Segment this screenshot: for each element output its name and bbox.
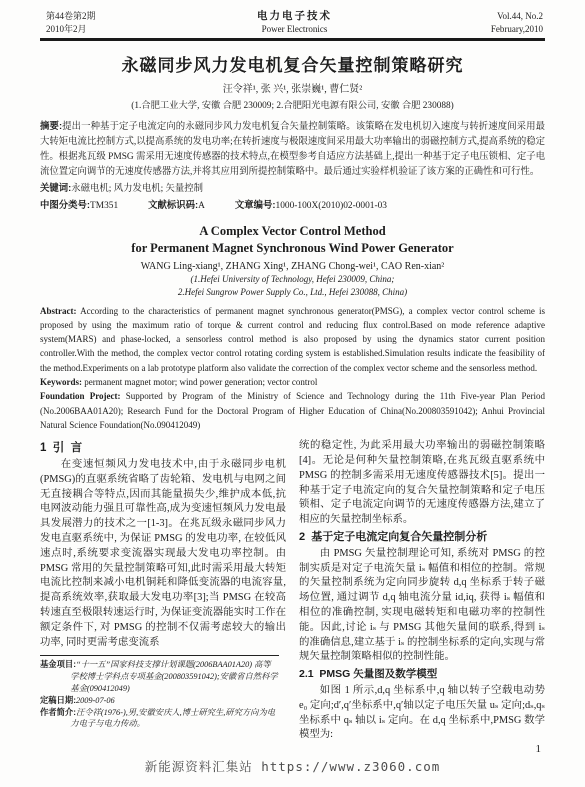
section-2-1-heading: 2.1 PMSG 矢量图及数学模型 xyxy=(299,667,545,682)
title-en-line1: A Complex Vector Control Method xyxy=(40,223,545,240)
abstract-en: Abstract: According to the characteristi… xyxy=(40,304,545,375)
page-title: 永磁同步风力发电机复合矢量控制策略研究 xyxy=(40,51,545,76)
journal-name-cn: 电力电子技术 xyxy=(166,10,423,23)
article-meta-line: 中图分类号:TM351 文献标识码:A 文章编号:1000-100X(2010)… xyxy=(40,197,545,214)
abstract-cn-text: 提出一种基于定子电流定向的永磁同步风力发电机复合矢量控制策略。该策略在发电机切入… xyxy=(40,122,545,177)
keywords-cn-text: 永磁电机; 风力发电机; 矢量控制 xyxy=(71,184,203,194)
journal-header: 第44卷第2期 2010年2月 电力电子技术 Power Electronics… xyxy=(40,10,545,35)
title-en-line2: for Permanent Magnet Synchronous Wind Po… xyxy=(40,240,545,257)
document-code: 文献标识码:A xyxy=(148,197,205,214)
section-2-heading: 2 基于定子电流定向复合矢量控制分析 xyxy=(299,530,545,545)
date-en: February,2010 xyxy=(423,23,543,36)
watermark-text: 新能源资料汇集站 https://www.z3060.com xyxy=(0,757,585,775)
keywords-en-label: Keywords: xyxy=(40,377,82,387)
continuation-paragraph: 统的稳定性, 为此采用最大功率输出的弱磁控制策略[4]。无论是何种矢量控制策略,… xyxy=(299,439,545,528)
authors-en: WANG Ling-xiang¹, ZHANG Xing¹, ZHANG Cho… xyxy=(40,261,545,272)
affiliation-en-2: 2.Hefei Sungrow Power Supply Co., Ltd., … xyxy=(40,286,545,299)
header-issue-en: Vol.44, No.2 February,2010 xyxy=(423,10,545,35)
foundation-label: Foundation Project: xyxy=(40,391,121,401)
authors-cn: 汪令祥¹, 张 兴¹, 张崇巍¹, 曹仁贤² xyxy=(40,80,545,95)
abstract-cn: 摘要:提出一种基于定子电流定向的永磁同步风力发电机复合矢量控制策略。该策略在发电… xyxy=(40,118,545,180)
header-divider xyxy=(40,38,545,41)
section-2-1-paragraph: 如图 1 所示,d,q 坐标系中,q 轴以转子空载电动势 e₀ 定向;d′,q′… xyxy=(299,684,545,743)
footnote-bio: 作者简介:汪令祥(1976-),男,安徽安庆人,博士研究生,研究方向为电力电子与… xyxy=(40,707,279,731)
abstract-en-text: According to the characteristics of perm… xyxy=(40,306,545,373)
clc-number: 中图分类号:TM351 xyxy=(40,197,118,214)
paper-page: 第44卷第2期 2010年2月 电力电子技术 Power Electronics… xyxy=(0,0,585,787)
date-cn: 2010年2月 xyxy=(46,23,166,36)
keywords-cn: 关键词:永磁电机; 风力发电机; 矢量控制 xyxy=(40,180,545,197)
keywords-en: Keywords: permanent magnet motor; wind p… xyxy=(40,375,545,389)
abstract-cn-label: 摘要: xyxy=(40,120,62,131)
volume-issue-cn: 第44卷第2期 xyxy=(46,10,166,23)
keywords-cn-label: 关键词: xyxy=(40,182,71,193)
left-column: 1 引 言 在变速恒频风力发电技术中,由于永磁同步电机(PMSG)的直驱系统省略… xyxy=(40,439,286,743)
title-en: A Complex Vector Control Method for Perm… xyxy=(40,223,545,257)
abstract-cn-block: 摘要:提出一种基于定子电流定向的永磁同步风力发电机复合矢量控制策略。该策略在发电… xyxy=(40,118,545,214)
page-number: 1 xyxy=(536,743,542,755)
footnote-date: 定稿日期:2009-07-06 xyxy=(40,695,279,707)
footnote-block: 基金项目:“十一五”国家科技支撑计划课题(2006BAA01A20) 高等学校博… xyxy=(40,655,279,730)
volume-issue-en: Vol.44, No.2 xyxy=(423,10,543,23)
section-1-heading: 1 引 言 xyxy=(40,441,286,456)
abstract-en-label: Abstract: xyxy=(40,306,77,316)
article-id: 文章编号:1000-100X(2010)02-0001-03 xyxy=(235,197,387,214)
header-issue-cn: 第44卷第2期 2010年2月 xyxy=(40,10,166,35)
right-column: 统的稳定性, 为此采用最大功率输出的弱磁控制策略[4]。无论是何种矢量控制策略,… xyxy=(299,439,545,743)
section-1-paragraph: 在变速恒频风力发电技术中,由于永磁同步电机(PMSG)的直驱系统省略了齿轮箱、发… xyxy=(40,458,286,650)
body-columns: 1 引 言 在变速恒频风力发电技术中,由于永磁同步电机(PMSG)的直驱系统省略… xyxy=(40,439,545,743)
affiliation-en-1: (1.Hefei University of Technology, Hefei… xyxy=(40,273,545,286)
journal-name-en: Power Electronics xyxy=(166,23,423,36)
section-2-paragraph: 由 PMSG 矢量控制理论可知, 系统对 PMSG 的控制实质是对定子电流矢量 … xyxy=(299,547,545,665)
abstract-en-block: Abstract: According to the characteristi… xyxy=(40,304,545,433)
keywords-en-text: permanent magnet motor; wind power gener… xyxy=(84,377,317,387)
affiliation-cn: (1.合肥工业大学, 安徽 合肥 230009; 2.合肥阳光电源有限公司, 安… xyxy=(40,97,545,111)
header-journal-name: 电力电子技术 Power Electronics xyxy=(166,10,423,35)
foundation-project: Foundation Project: Supported by Program… xyxy=(40,389,545,432)
footnote-fund: 基金项目:“十一五”国家科技支撑计划课题(2006BAA01A20) 高等学校博… xyxy=(40,659,279,694)
